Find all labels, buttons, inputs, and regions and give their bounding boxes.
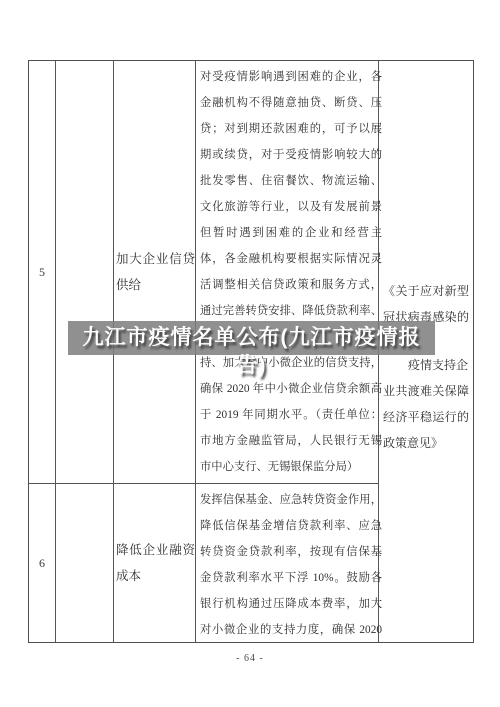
text-line: 活调整相关信贷政策和服务方式， [200,272,382,298]
measure-name-line: 降低企业融资 [116,537,195,563]
measure-content-cell: 发挥信保基金、应急转贷资金作用，降低信保基金增信贷款利率、应急转贷资金贷款利率，… [196,484,384,642]
text-line: 贷；对到期还款困难的，可予以展 [200,116,382,142]
text-line: 金融机构不得随意抽贷、断贷、压 [200,90,382,116]
measure-name-cell: 加大企业信贷 供给 [115,61,196,483]
text-line: 市中心支行、无锡银保监分局） [200,454,382,480]
policy-title-line: 《关于应对新型 [383,278,469,304]
document-page: 5 加大企业信贷 供给 对受疫情影响遇到困难的企业，各金融机构不得随意抽贷、断贷… [0,0,500,707]
policy-title-line: 政策意见》 [383,430,469,456]
text-line: 发挥信保基金、应急转贷资金作用， [200,487,382,513]
caption-title-line: 九江市疫情名单公布(九江市疫情报 [68,323,435,353]
text-line: 批发零售、住宿餐饮、物流运输、 [200,168,382,194]
text-line: 银行机构通过压降成本费率，加大 [200,591,382,617]
measure-name-line: 加大企业信贷 [116,246,195,272]
text-line: 于 2019 年同期水平。（责任单位： [200,402,382,428]
measure-name-line: 成本 [116,563,195,589]
measure-name-line: 供给 [116,272,195,298]
row-number-cell: 6 [29,484,55,642]
text-line: 降低信保基金增信贷款利率、应急 [200,513,382,539]
text-line: 金贷款利率水平下浮 10%。鼓励各 [200,565,382,591]
text-line: 体，各金融机构要根据实际情况灵 [200,246,382,272]
policy-title-line: 业共渡难关保障 [383,378,469,404]
caption-overlay-banner: 九江市疫情名单公布(九江市疫情报 告) [68,321,435,355]
measure-content-cell: 对受疫情影响遇到困难的企业，各金融机构不得随意抽贷、断贷、压贷；对到期还款困难的… [196,61,384,483]
text-line: 对受疫情影响遇到困难的企业，各 [200,64,382,90]
text-line: 转贷资金贷款利率，按现有信保基 [200,539,382,565]
text-line: 期或续贷，对于受疫情影响较大的 [200,142,382,168]
row-number-cell: 5 [29,61,55,483]
table-column-divider [55,61,56,642]
text-line: 但暂时遇到困难的企业和经营主 [200,220,382,246]
page-number: - 64 - [0,653,500,664]
text-line: 对小微企业的支持力度，确保 2020 [200,617,382,642]
policy-title-line: 经济平稳运行的 [383,404,469,430]
measure-name-cell: 降低企业融资 成本 [115,484,196,642]
text-line: 文化旅游等行业，以及有发展前景 [200,194,382,220]
text-line: 确保 2020 年中小微企业信贷余额高 [200,376,382,402]
text-line: 市地方金融监管局，人民银行无锡 [200,428,382,454]
caption-title-line: 告) [68,353,435,379]
